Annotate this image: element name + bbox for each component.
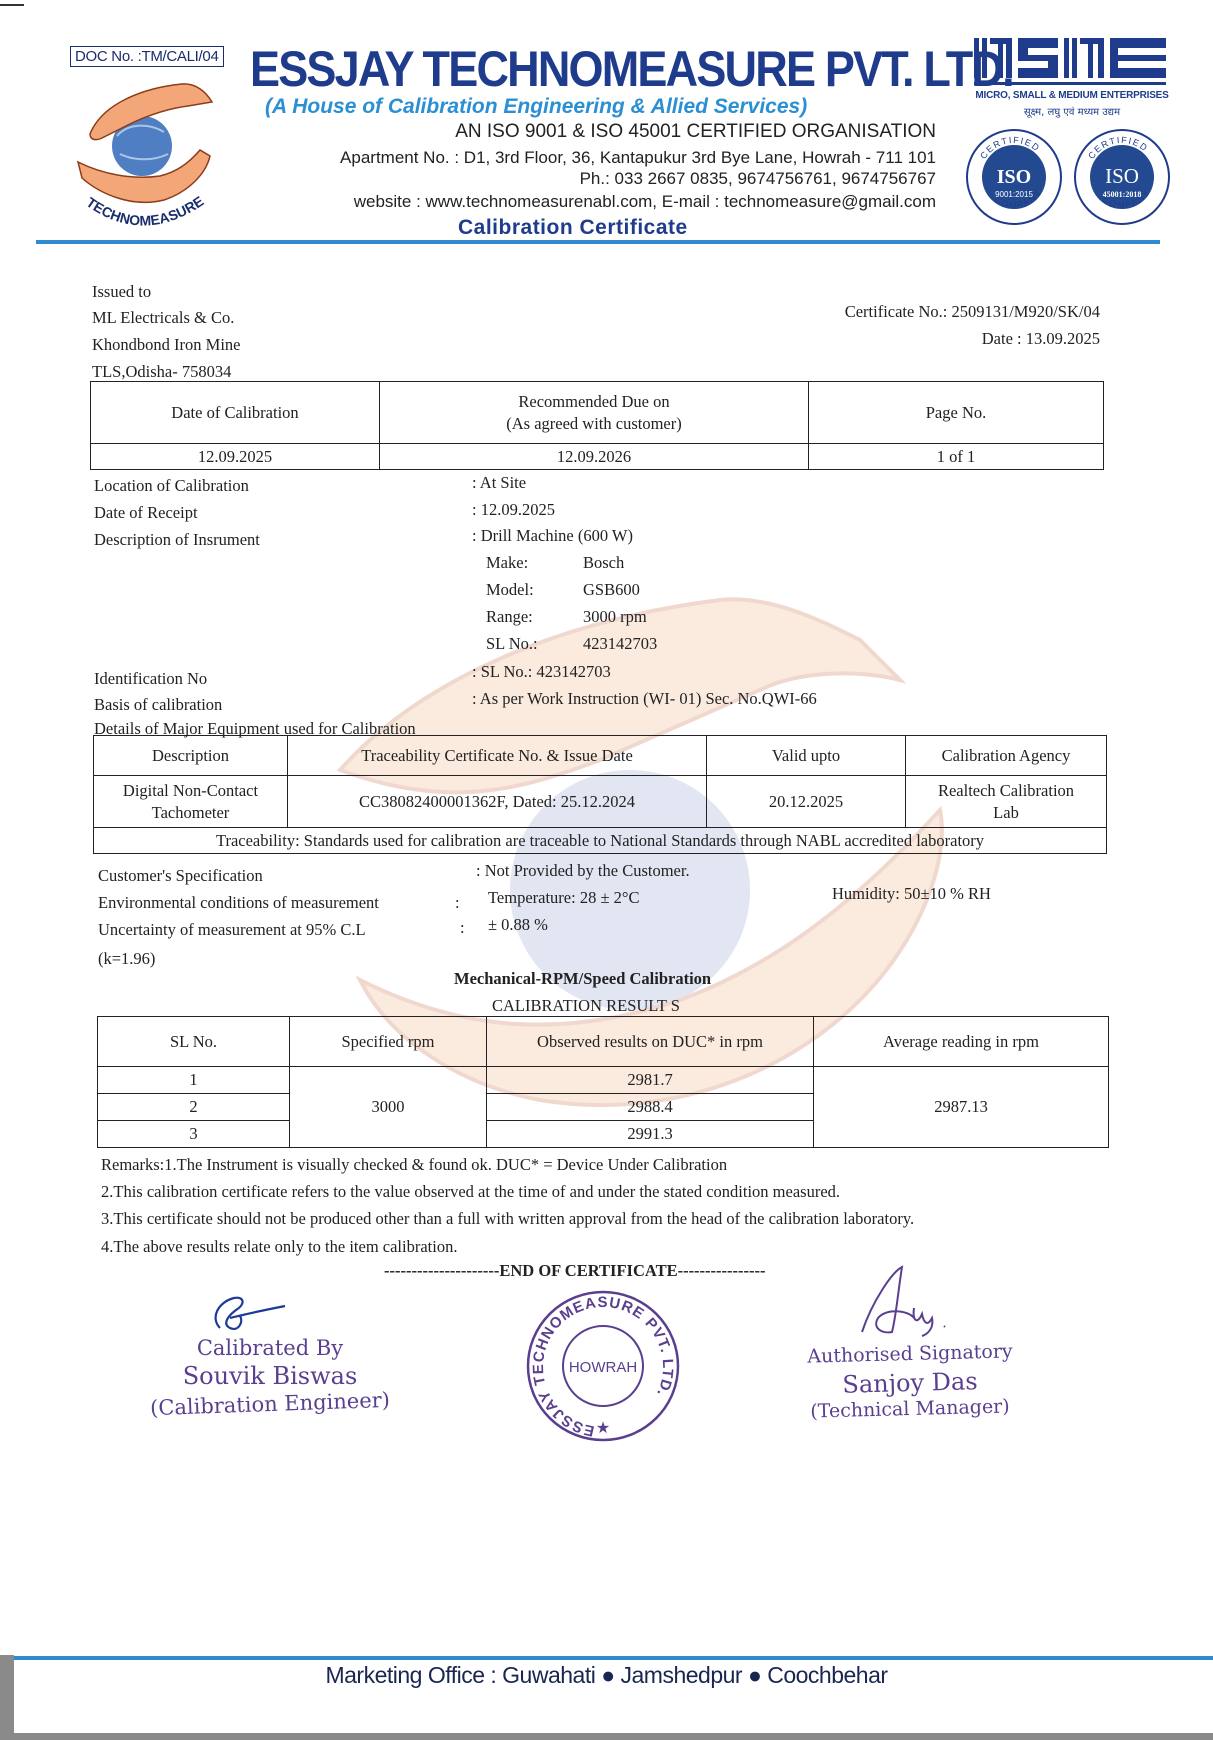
results-table: SL No. Specified rpm Observed results on…	[97, 1016, 1109, 1148]
observed-cell: 2988.4	[487, 1094, 814, 1121]
header-traceability: Traceability Certificate No. & Issue Dat…	[288, 736, 707, 776]
svg-text:ISO: ISO	[997, 166, 1031, 188]
sl-no-cell: 2	[98, 1094, 290, 1121]
certificate-number: Certificate No.: 2509131/M920/SK/04	[845, 302, 1100, 322]
marketing-offices: Marketing Office : Guwahati ● Jamshedpur…	[0, 1662, 1213, 1689]
spec-value: : Not Provided by the Customer.	[476, 861, 690, 881]
header-specified-rpm: Specified rpm	[290, 1017, 487, 1067]
signature-sanjoy-icon	[852, 1262, 952, 1342]
humidity-value: Humidity: 50±10 % RH	[832, 884, 991, 904]
iso-9001-badge-icon: CERTIFIED COMPANY ISO 9001:2015	[964, 127, 1064, 227]
msme-caption: MICRO, SMALL & MEDIUM ENTERPRISES	[972, 90, 1172, 101]
basis-label: Basis of calibration	[94, 695, 222, 715]
page-number-value: 1 of 1	[809, 444, 1104, 470]
equipment-description: Digital Non-ContactTachometer	[94, 776, 288, 828]
uncertainty-value: ± 0.88 %	[488, 915, 548, 935]
basis-value: : As per Work Instruction (WI- 01) Sec. …	[472, 689, 817, 709]
results-section-title: Mechanical-RPM/Speed Calibration	[454, 969, 711, 989]
results-subtitle: CALIBRATION RESULT S	[492, 996, 680, 1016]
document-title: Calibration Certificate	[458, 216, 688, 240]
description-value: : Drill Machine (600 W)	[472, 526, 633, 546]
header-sl-no: SL No.	[98, 1017, 290, 1067]
due-date-value: 12.09.2026	[380, 444, 809, 470]
remark-line: 3.This certificate should not be produce…	[101, 1209, 914, 1229]
svg-text:ISO: ISO	[1105, 164, 1139, 188]
header-calibration-agency: Calibration Agency	[906, 736, 1107, 776]
company-address: Apartment No. : D1, 3rd Floor, 36, Kanta…	[340, 148, 936, 168]
header-recommended-due: Recommended Due on(As agreed with custom…	[380, 382, 809, 444]
svg-text:HOWRAH: HOWRAH	[569, 1359, 637, 1376]
specified-rpm-cell: 3000	[290, 1067, 487, 1148]
instrument-make: Bosch	[583, 553, 624, 573]
iso-45001-badge-icon: CERTIFIED COMPANY ISO 45001:2018	[1072, 127, 1172, 227]
instrument-key: Make:	[486, 553, 528, 573]
sl-no-cell: 1	[98, 1067, 290, 1094]
authorised-signatory-label: Authorised Signatory	[780, 1340, 1040, 1369]
issued-to-label: Issued to	[92, 282, 151, 302]
header-valid-upto: Valid upto	[707, 736, 906, 776]
temperature-value: Temperature: 28 ± 2°C	[488, 888, 640, 908]
uncertainty-colon: :	[460, 918, 465, 938]
header-date-of-calibration: Date of Calibration	[91, 382, 380, 444]
location-value: : At Site	[472, 473, 526, 493]
identification-label: Identification No	[94, 669, 207, 689]
traceability-note: Traceability: Standards used for calibra…	[94, 828, 1107, 854]
header-observed: Observed results on DUC* in rpm	[487, 1017, 814, 1067]
doc-number: DOC No. :TM/CALI/04	[70, 46, 224, 67]
summary-table: Date of Calibration Recommended Due on(A…	[90, 381, 1104, 470]
company-phone: Ph.: 033 2667 0835, 9674756761, 96747567…	[580, 169, 936, 189]
msme-caption-hindi: सूक्ष्म, लघु एवं मध्यम उद्यम	[972, 104, 1172, 118]
svg-text:★: ★	[596, 1418, 610, 1437]
svg-text:45001:2018: 45001:2018	[1103, 190, 1142, 199]
equipment-table: Description Traceability Certificate No.…	[93, 735, 1107, 854]
technomeasure-logo-icon: TECHNOMEASURE	[72, 74, 222, 234]
calibrated-by-name: Souvik Biswas	[130, 1362, 410, 1390]
sl-no-cell: 3	[98, 1121, 290, 1148]
header-rule	[36, 240, 1160, 244]
iso-certification-line: AN ISO 9001 & ISO 45001 CERTIFIED ORGANI…	[455, 121, 936, 143]
remark-line: 2.This calibration certificate refers to…	[101, 1182, 840, 1202]
corner-mark	[0, 4, 24, 6]
company-seal-icon: ESSJAY TECHNOMEASURE PVT. LTD. HOWRAH ★	[523, 1287, 683, 1445]
signature-souvik-icon	[200, 1288, 290, 1338]
description-label: Description of Insrument	[94, 530, 260, 550]
header-average: Average reading in rpm	[814, 1017, 1109, 1067]
instrument-range: 3000 rpm	[583, 607, 647, 627]
average-cell: 2987.13	[814, 1067, 1109, 1148]
calibrated-by-label: Calibrated By	[150, 1336, 390, 1360]
issued-to-line: ML Electricals & Co.	[92, 308, 234, 328]
date-of-calibration-value: 12.09.2025	[91, 444, 380, 470]
spec-label: Customer's Specification	[98, 866, 263, 886]
receipt-value: : 12.09.2025	[472, 500, 555, 520]
msme-logo-icon	[972, 36, 1168, 88]
receipt-label: Date of Receipt	[94, 503, 198, 523]
header-description: Description	[94, 736, 288, 776]
footer-rule	[14, 1656, 1213, 1660]
scan-edge-shadow-bottom	[0, 1733, 1213, 1740]
equipment-traceability: CC38082400001362F, Dated: 25.12.2024	[288, 776, 707, 828]
certificate-date: Date : 13.09.2025	[982, 329, 1100, 349]
svg-text:9001:2015: 9001:2015	[995, 190, 1033, 199]
uncertainty-label: Uncertainty of measurement at 95% C.L	[98, 920, 366, 940]
equipment-agency: Realtech CalibrationLab	[906, 776, 1107, 828]
observed-cell: 2991.3	[487, 1121, 814, 1148]
page-edge	[0, 0, 14, 1740]
environment-label: Environmental conditions of measurement	[98, 893, 379, 913]
instrument-key: SL No.:	[486, 634, 538, 654]
issued-to-line: Khondbond Iron Mine	[92, 335, 240, 355]
instrument-serial: 423142703	[583, 634, 657, 654]
identification-value: : SL No.: 423142703	[472, 662, 611, 682]
header-page-no: Page No.	[809, 382, 1104, 444]
company-website-email: website : www.technomeasurenabl.com, E-m…	[354, 192, 936, 212]
issued-to-line: TLS,Odisha- 758034	[92, 362, 231, 382]
environment-colon: :	[455, 893, 460, 913]
equipment-valid-upto: 20.12.2025	[707, 776, 906, 828]
company-name: ESSJAY TECHNOMEASURE PVT. LTD.	[250, 40, 1013, 98]
observed-cell: 2981.7	[487, 1067, 814, 1094]
location-label: Location of Calibration	[94, 476, 249, 496]
instrument-key: Range:	[486, 607, 533, 627]
remark-line: 4.The above results relate only to the i…	[101, 1237, 457, 1257]
instrument-model: GSB600	[583, 580, 640, 600]
k-factor: (k=1.96)	[98, 949, 155, 969]
end-of-certificate: ---------------------END OF CERTIFICATE-…	[384, 1261, 766, 1281]
instrument-key: Model:	[486, 580, 534, 600]
remark-line: Remarks:1.The Instrument is visually che…	[101, 1155, 727, 1175]
company-tagline: (A House of Calibration Engineering & Al…	[265, 95, 807, 119]
calibrated-by-title: (Calibration Engineer)	[110, 1386, 431, 1421]
